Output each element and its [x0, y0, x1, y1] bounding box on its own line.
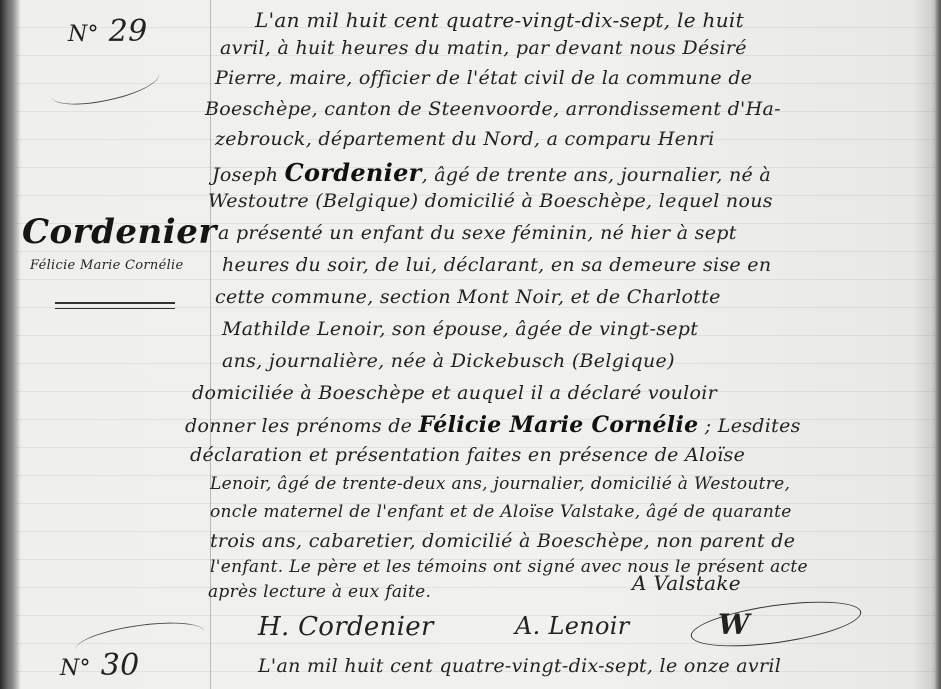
record-line-15: déclaration et présentation faites en pr…	[190, 444, 745, 466]
record-line-8: a présenté un enfant du sexe féminin, né…	[218, 222, 737, 244]
signature-lenoir: A. Lenoir	[515, 612, 630, 640]
line-6-rest: , âgé de trente ans, journalier, né à	[422, 164, 771, 186]
entry-number-29: N° 29	[68, 14, 147, 49]
number-label: N°	[68, 22, 99, 47]
record-line-5: zebrouck, département du Nord, a comparu…	[215, 128, 715, 150]
record-line-9: heures du soir, de lui, déclarant, en sa…	[222, 254, 771, 276]
record-line-16: Lenoir, âgé de trente-deux ans, journali…	[210, 474, 790, 494]
number-value: 29	[109, 14, 148, 49]
child-given-names: Félicie Marie Cornélie	[419, 412, 699, 438]
record-line-13: domiciliée à Boeschèpe et auquel il a dé…	[192, 382, 717, 404]
record-line-7: Westoutre (Belgique) domicilié à Boeschè…	[208, 190, 773, 212]
margin-underline	[55, 302, 175, 309]
record-line-10: cette commune, section Mont Noir, et de …	[215, 286, 721, 308]
record-line-18: trois ans, cabaretier, domicilié à Boesc…	[210, 530, 795, 552]
record-line-6: Joseph Cordenier, âgé de trente ans, jou…	[212, 158, 771, 187]
page-edge	[935, 0, 941, 689]
signature-valstake: A Valstake	[632, 571, 741, 595]
line-14-rest: ; Lesdites	[698, 415, 800, 437]
binding-gutter	[0, 0, 20, 689]
margin-given-names: Félicie Marie Cornélie	[30, 258, 184, 273]
paraph-initial: W	[718, 608, 750, 641]
record-line-20: après lecture à eux faite.	[208, 582, 431, 602]
register-page: N° 29 Cordenier Félicie Marie Cornélie L…	[0, 0, 941, 689]
margin-surname: Cordenier	[22, 212, 217, 252]
signature-cordenier: H. Cordenier	[258, 612, 434, 642]
number-flourish	[48, 59, 162, 112]
record-line-1: L'an mil huit cent quatre-vingt-dix-sept…	[255, 8, 744, 32]
record-line-17: oncle maternel de l'enfant et de Aloïse …	[210, 502, 792, 522]
line-14-text: donner les prénoms de	[185, 415, 419, 437]
record-line-4: Boeschèpe, canton de Steenvoorde, arrond…	[205, 98, 781, 120]
record-line-12: ans, journalière, née à Dickebusch (Belg…	[222, 350, 675, 372]
number-flourish	[73, 616, 206, 665]
record-line-2: avril, à huit heures du matin, par devan…	[220, 37, 747, 59]
mayor-paraph-signature	[688, 593, 864, 655]
record-line-14: donner les prénoms de Félicie Marie Corn…	[185, 412, 801, 438]
record-line-3: Pierre, maire, officier de l'état civil …	[215, 67, 752, 89]
line-6-text: Joseph	[212, 164, 285, 186]
father-surname: Cordenier	[285, 158, 422, 187]
record-line-11: Mathilde Lenoir, son épouse, âgée de vin…	[222, 318, 698, 340]
record-30-line-1: L'an mil huit cent quatre-vingt-dix-sept…	[258, 655, 781, 677]
